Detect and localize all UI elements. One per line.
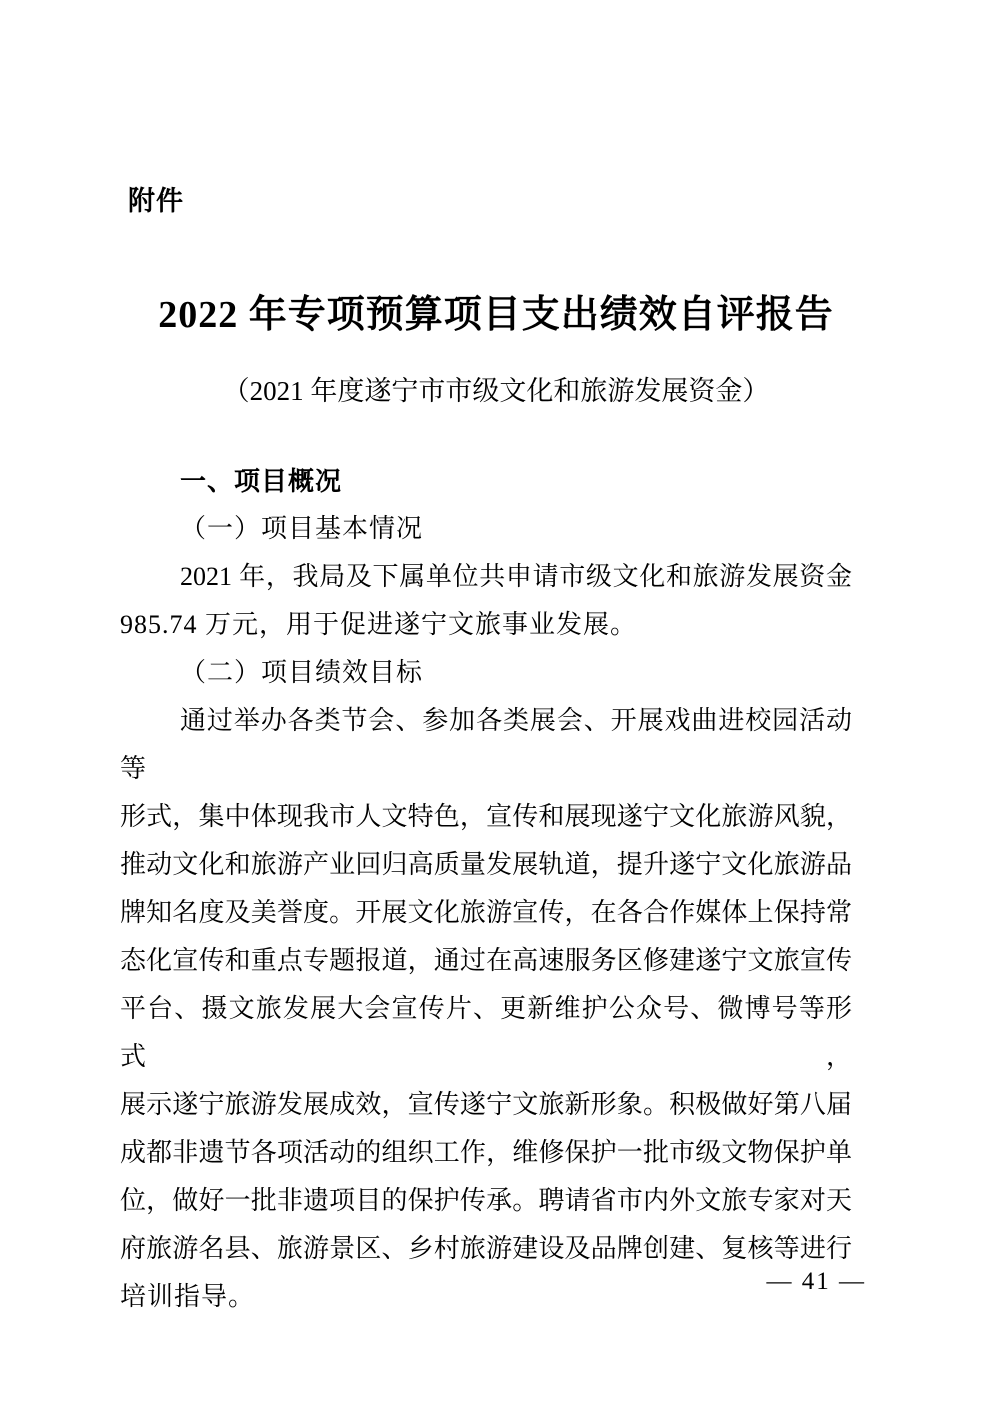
body-line: 形式，集中体现我市人文特色，宣传和展现遂宁文化旅游风貌， [120,793,852,841]
document-body: 一、项目概况 （一）项目基本情况 2021 年，我局及下属单位共申请市级文化和旅… [120,457,852,1321]
body-line: 成都非遗节各项活动的组织工作，维修保护一批市级文物保护单 [120,1129,852,1177]
body-line: 态化宣传和重点专题报道，通过在高速服务区修建遂宁文旅宣传 [120,937,852,985]
subsection-2-heading: （二）项目绩效目标 [120,649,852,697]
body-line: 推动文化和旅游产业回归高质量发展轨道，提升遂宁文化旅游品 [120,841,852,889]
body-line: 985.74 万元，用于促进遂宁文旅事业发展。 [120,601,852,649]
body-line: 位，做好一批非遗项目的保护传承。聘请省市内外文旅专家对天 [120,1177,852,1225]
page-number: — 41 — [767,1266,867,1298]
body-line: 平台、摄文旅发展大会宣传片、更新维护公众号、微博号等形式， [120,985,852,1081]
subsection-1-heading: （一）项目基本情况 [120,505,852,553]
attachment-label: 附件 [128,183,184,219]
document-title: 2022 年专项预算项目支出绩效自评报告 [0,290,992,340]
document-page: 附件 2022 年专项预算项目支出绩效自评报告 （2021 年度遂宁市市级文化和… [0,0,992,1403]
body-line: 牌知名度及美誉度。开展文化旅游宣传，在各合作媒体上保持常 [120,889,852,937]
body-line: 培训指导。 [120,1273,852,1321]
body-line: 展示遂宁旅游发展成效，宣传遂宁文旅新形象。积极做好第八届 [120,1081,852,1129]
body-line: 通过举办各类节会、参加各类展会、开展戏曲进校园活动等 [120,697,852,793]
body-line: 2021 年，我局及下属单位共申请市级文化和旅游发展资金 [120,553,852,601]
section-heading: 一、项目概况 [120,457,852,505]
body-line: 府旅游名县、旅游景区、乡村旅游建设及品牌创建、复核等进行 [120,1225,852,1273]
document-subtitle: （2021 年度遂宁市市级文化和旅游发展资金） [0,371,992,411]
